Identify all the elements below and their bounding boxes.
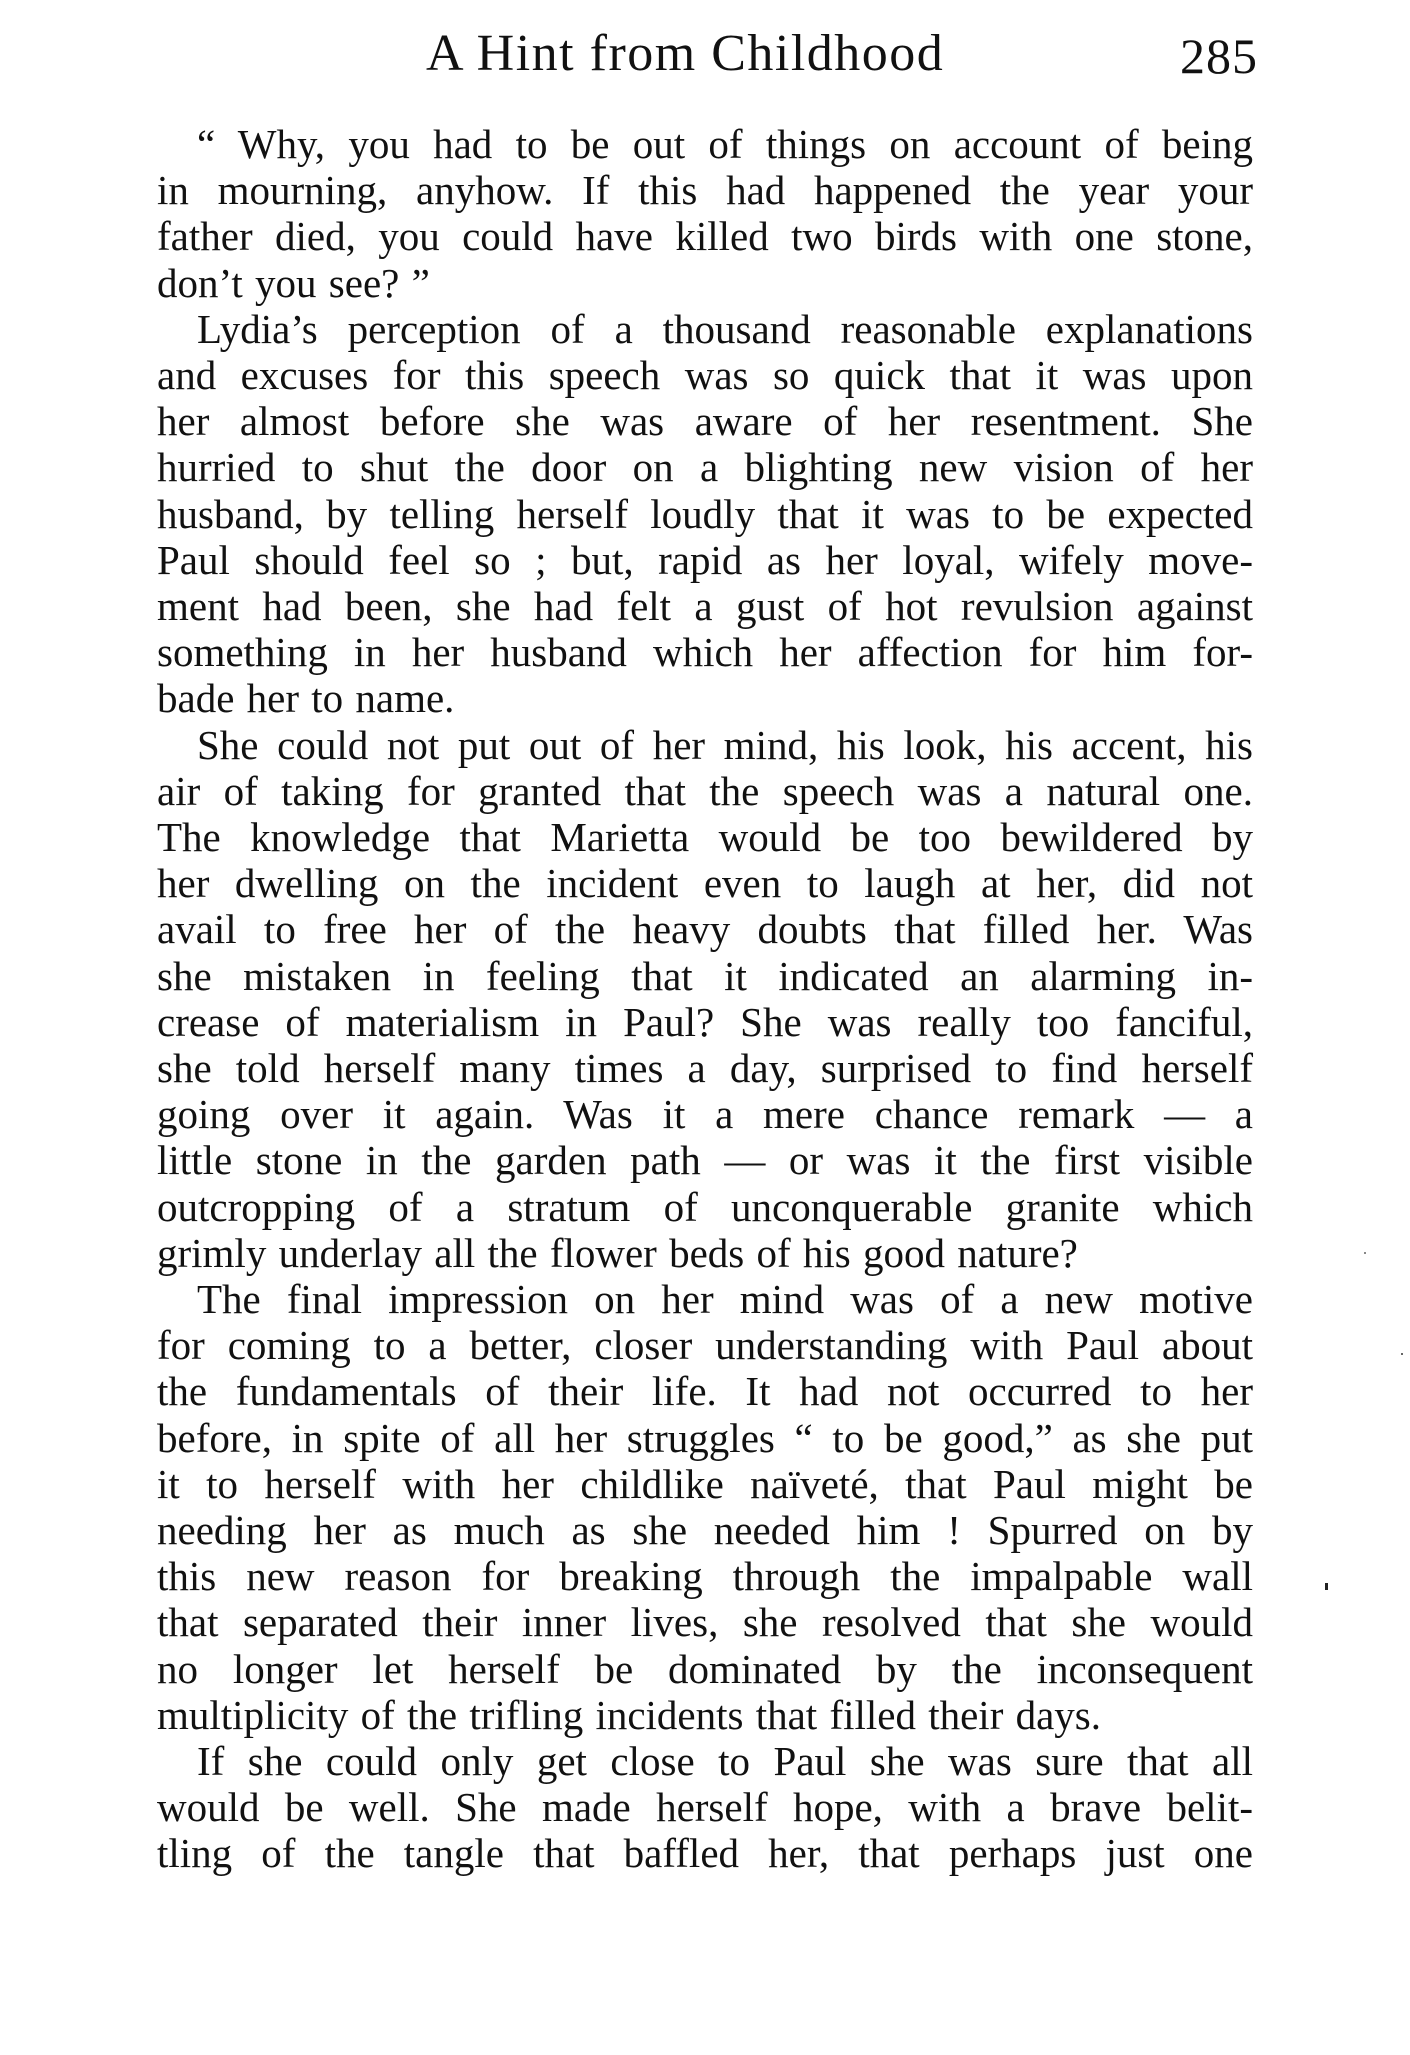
text-line: that separated their inner lives, she re… <box>157 1599 1253 1645</box>
running-title: A Hint from Childhood <box>426 22 944 86</box>
text-line: bade her to name. <box>157 675 454 721</box>
text-line: this new reason for breaking through the… <box>157 1553 1253 1599</box>
page-number: 285 <box>1180 24 1258 88</box>
text-line: needing her as much as she needed him ! … <box>157 1507 1253 1553</box>
text-line: multiplicity of the trifling incidents t… <box>157 1692 1101 1738</box>
text-line: would be well. She made herself hope, wi… <box>157 1784 1253 1830</box>
text-line: Lydia’s perception of a thousand reasona… <box>197 306 1253 352</box>
text-line: no longer let herself be dominated by th… <box>157 1646 1253 1692</box>
text-line: outcropping of a stratum of unconquerabl… <box>157 1184 1253 1230</box>
text-line: something in her husband which her affec… <box>157 629 1253 675</box>
text-line: don’t you see? ” <box>157 260 430 306</box>
text-line: for coming to a better, closer understan… <box>157 1322 1253 1368</box>
text-line: tling of the tangle that baffled her, th… <box>157 1830 1253 1876</box>
scan-speck <box>1325 1583 1328 1590</box>
text-line: The final impression on her mind was of … <box>197 1276 1253 1322</box>
text-line: in mourning, anyhow. If this had happene… <box>157 167 1253 213</box>
text-line: hurried to shut the door on a blighting … <box>157 444 1253 490</box>
text-line: before, in spite of all her struggles “ … <box>157 1415 1253 1461</box>
text-line: grimly underlay all the flower beds of h… <box>157 1230 1078 1276</box>
text-line: she mistaken in feeling that it indicate… <box>157 953 1253 999</box>
text-line: the fundamentals of their life. It had n… <box>157 1368 1253 1414</box>
text-line: air of taking for granted that the speec… <box>157 768 1253 814</box>
text-line: father died, you could have killed two b… <box>157 213 1253 259</box>
text-line: husband, by telling herself loudly that … <box>157 491 1253 537</box>
text-line: her dwelling on the incident even to lau… <box>157 860 1253 906</box>
text-line: she told herself many times a day, surpr… <box>157 1045 1253 1091</box>
scan-speck <box>1401 1353 1403 1355</box>
text-line: avail to free her of the heavy doubts th… <box>157 906 1253 952</box>
text-line: She could not put out of her mind, his l… <box>197 722 1253 768</box>
text-line: crease of materialism in Paul? She was r… <box>157 999 1253 1045</box>
running-head: A Hint from Childhood 285 <box>0 22 1410 86</box>
text-line: The knowledge that Marietta would be too… <box>157 814 1253 860</box>
text-line: going over it again. Was it a mere chanc… <box>157 1091 1253 1137</box>
text-line: Paul should feel so ; but, rapid as her … <box>157 537 1253 583</box>
text-line: it to herself with her childlike naïveté… <box>157 1461 1253 1507</box>
text-line: and excuses for this speech was so quick… <box>157 352 1253 398</box>
scan-speck <box>1364 1252 1366 1254</box>
text-line: her almost before she was aware of her r… <box>157 398 1253 444</box>
text-line: If she could only get close to Paul she … <box>197 1738 1253 1784</box>
text-line: “ Why, you had to be out of things on ac… <box>197 121 1253 167</box>
text-line: ment had been, she had felt a gust of ho… <box>157 583 1253 629</box>
text-line: little stone in the garden path — or was… <box>157 1137 1253 1183</box>
